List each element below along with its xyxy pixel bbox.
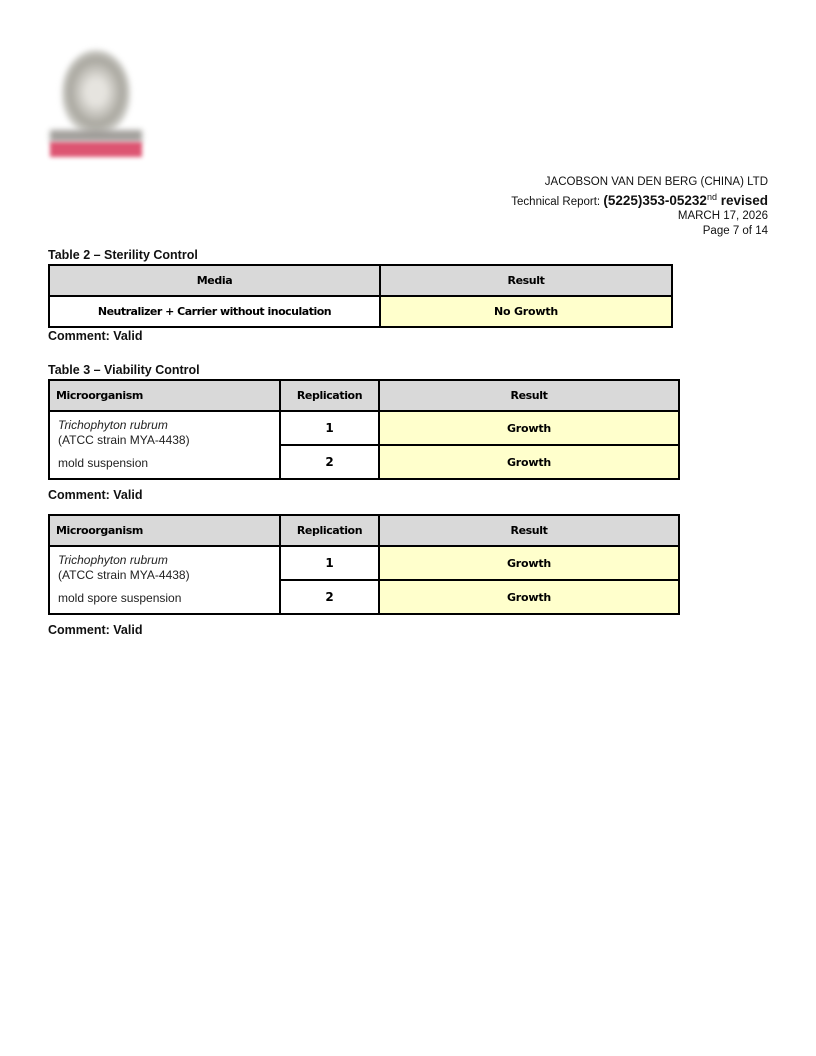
report-header: JACOBSON VAN DEN BERG (CHINA) LTD Techni…: [511, 175, 768, 238]
column-header-replication: Replication: [280, 515, 379, 546]
replication-cell: 1: [280, 546, 379, 580]
report-line: Technical Report: (5225)353-05232nd revi…: [511, 190, 768, 210]
table3-caption: Table 3 – Viability Control: [48, 363, 200, 377]
result-cell: Growth: [379, 546, 679, 580]
table2-caption: Table 2 – Sterility Control: [48, 248, 198, 262]
microorganism-cell: Trichophyton rubrum (ATCC strain MYA-443…: [49, 546, 280, 614]
column-header-replication: Replication: [280, 380, 379, 411]
report-label: Technical Report:: [511, 196, 600, 208]
organism-name: Trichophyton rubrum: [58, 553, 168, 567]
column-header-microorganism: Microorganism: [49, 515, 280, 546]
result-cell: Growth: [379, 445, 679, 479]
viability-control-spore-table: Microorganism Replication Result Trichop…: [48, 514, 680, 615]
replication-cell: 2: [280, 445, 379, 479]
replication-cell: 1: [280, 411, 379, 445]
organism-type: mold spore suspension: [58, 591, 279, 606]
microorganism-cell: Trichophyton rubrum (ATCC strain MYA-443…: [49, 411, 280, 479]
result-cell: Growth: [379, 411, 679, 445]
logo-band: [50, 130, 142, 142]
report-number: (5225)353-05232nd revised: [603, 193, 768, 208]
column-header-result: Result: [379, 515, 679, 546]
table-row: Trichophyton rubrum (ATCC strain MYA-443…: [49, 411, 679, 445]
result-cell: Growth: [379, 580, 679, 614]
table2-comment: Comment: Valid: [48, 329, 142, 343]
column-header-media: Media: [49, 265, 380, 296]
column-header-result: Result: [380, 265, 672, 296]
media-cell: Neutralizer + Carrier without inoculatio…: [49, 296, 380, 327]
organism-strain: (ATCC strain MYA-4438): [58, 433, 190, 447]
page-number: Page 7 of 14: [511, 224, 768, 239]
table3-comment: Comment: Valid: [48, 488, 142, 502]
organism-name: Trichophyton rubrum: [58, 418, 168, 432]
table-header-row: Microorganism Replication Result: [49, 380, 679, 411]
table-row: Trichophyton rubrum (ATCC strain MYA-443…: [49, 546, 679, 580]
replication-cell: 2: [280, 580, 379, 614]
viability-control-table: Microorganism Replication Result Trichop…: [48, 379, 680, 480]
table-row: Neutralizer + Carrier without inoculatio…: [49, 296, 672, 327]
report-date: MARCH 17, 2026: [511, 209, 768, 224]
logo-band-red: [50, 142, 142, 157]
organism-type: mold suspension: [58, 456, 279, 471]
table4-comment: Comment: Valid: [48, 623, 142, 637]
sterility-control-table: Media Result Neutralizer + Carrier witho…: [48, 264, 673, 328]
table-header-row: Media Result: [49, 265, 672, 296]
result-cell: No Growth: [380, 296, 672, 327]
table-header-row: Microorganism Replication Result: [49, 515, 679, 546]
column-header-result: Result: [379, 380, 679, 411]
column-header-microorganism: Microorganism: [49, 380, 280, 411]
logo-emblem-icon: [62, 50, 130, 134]
company-name: JACOBSON VAN DEN BERG (CHINA) LTD: [511, 175, 768, 190]
organism-strain: (ATCC strain MYA-4438): [58, 568, 190, 582]
company-logo: [48, 48, 144, 159]
